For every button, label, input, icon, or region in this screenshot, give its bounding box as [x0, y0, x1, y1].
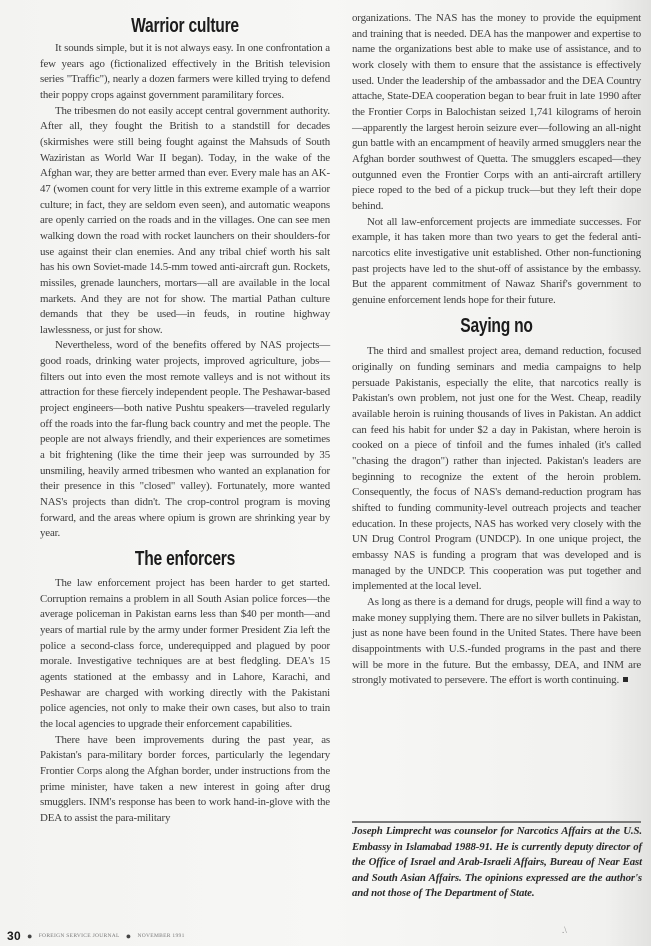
- section-heading-saying-no: Saying no: [384, 308, 609, 344]
- author-bio: Joseph Limprecht was counselor for Narco…: [352, 824, 642, 902]
- page-number: 30: [7, 929, 21, 943]
- paragraph-continued: organizations. The NAS has the money to …: [352, 11, 641, 215]
- paragraph: The third and smallest project area, dem…: [352, 344, 641, 595]
- left-column: Warrior culture It sounds simple, but it…: [40, 11, 330, 827]
- publication-name: FOREIGN SERVICE JOURNAL: [39, 933, 120, 939]
- right-column: organizations. The NAS has the money to …: [352, 11, 641, 689]
- paragraph: It sounds simple, but it is not always e…: [40, 41, 330, 104]
- section-heading-the-enforcers: The enforcers: [72, 542, 298, 576]
- paragraph: Nevertheless, word of the benefits offer…: [40, 338, 330, 542]
- bullet-icon: ●: [126, 931, 132, 941]
- stray-scan-mark: .\: [562, 925, 567, 935]
- bullet-icon: ●: [27, 931, 33, 941]
- paragraph: The law enforcement project has been har…: [40, 576, 330, 733]
- paragraph: There have been improvements during the …: [40, 733, 330, 827]
- paragraph-text: As long as there is a demand for drugs, …: [352, 596, 641, 686]
- paragraph-final: As long as there is a demand for drugs, …: [352, 595, 641, 689]
- page-footer: 30 ● FOREIGN SERVICE JOURNAL ● NOVEMBER …: [7, 928, 185, 944]
- magazine-page: Warrior culture It sounds simple, but it…: [0, 0, 651, 946]
- bio-divider-rule: [352, 821, 641, 823]
- issue-date: NOVEMBER 1991: [137, 933, 184, 939]
- paragraph: The tribesmen do not easily accept centr…: [40, 104, 330, 339]
- paragraph: Not all law-enforcement projects are imm…: [352, 215, 641, 309]
- section-heading-warrior-culture: Warrior culture: [72, 11, 298, 41]
- end-of-article-square-icon: [623, 677, 628, 682]
